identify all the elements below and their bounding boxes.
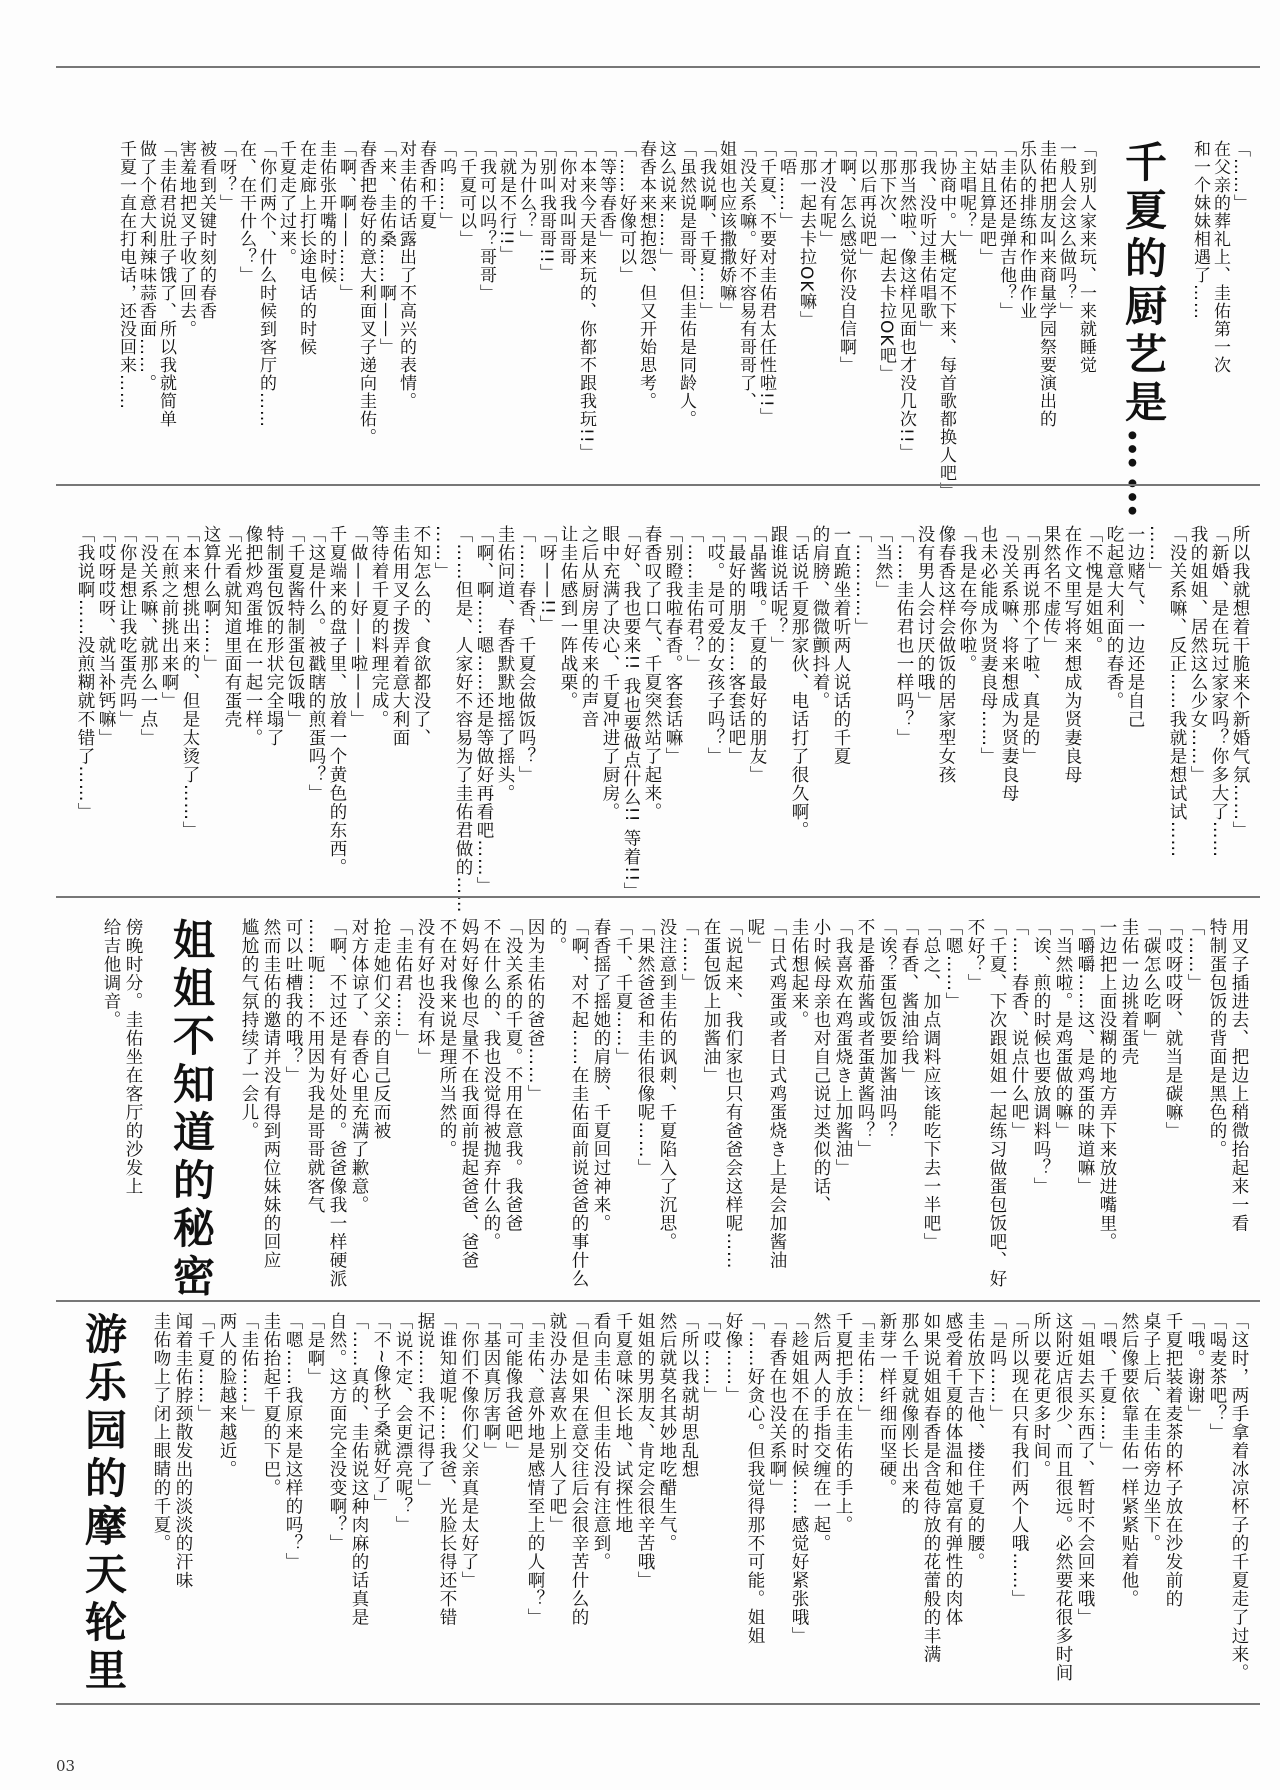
text-line: 像把炒鸡蛋堆在一起一样。 [242,525,263,747]
text-line: 「哎。是可爱的女孩子吗？」 [704,525,725,766]
text-line: 「好、我也要来!! 我也要做点什么!! 等着!!」 [620,525,641,901]
text-line: 「啊、啊……嗯……还是等做好再看吧……」 [473,525,494,895]
text-line: 千夏走了过来。 [276,140,296,266]
text-line: 「诶、煎的时候也要放调料吗？」 [1030,918,1052,1196]
text-line: 「当然」 [872,525,893,599]
section-3: 用叉子插进去、把边上稍微抬起来一看特制蛋包饭的背面是黑色的。「……」「哎呀哎呀、… [60,918,1250,1298]
text-line: 「……春香、说点什么吧」 [1008,918,1030,1140]
text-line: 等待着千夏的料理完成。 [368,525,389,729]
text-line: 「呜……」 [436,140,456,230]
text-line: 「我可以吗？哥哥」 [476,140,496,302]
text-line: 「没关系嘛、将来想成为贤妻良母 [998,525,1019,803]
text-line: 「趁姐姐不在的时候……感觉好紧张哦」 [788,1312,810,1645]
text-line: 新芽一样纤细而坚硬。 [876,1312,898,1497]
text-line: 「千夏、不要对圭佑君太任性啦!!」 [756,140,776,426]
text-line: 可以吐槽我的哦？」 [282,918,304,1085]
text-line: 「别再说那个了啦、真是的」 [1019,525,1040,766]
divider-3 [56,1300,1260,1302]
text-line: 抢走她们父亲的自己反而被 [370,918,392,1140]
text-line: 「千、千夏……」 [612,918,634,1066]
text-line: 「最好的朋友……客套话吧」 [725,525,746,766]
text-line: 「呀——!!」 [536,525,557,634]
text-line: 闻着圭佑脖颈散发出的淡淡的汗味 [172,1312,194,1590]
text-line: 「圭佑……」 [238,1312,260,1423]
text-line: 圭佑把朋友叫来商量学园祭要演出的 [1036,140,1056,428]
text-line: 小时候母亲也对自己说过类似的话、 [810,918,832,1214]
text-line: 圭佑吻上了闭上眼睛的千夏。 [150,1312,172,1553]
text-line: 两人的脸越来越近。 [216,1312,238,1479]
text-line: 「就是不行!!」 [496,140,516,264]
text-line: 不知怎么的、食欲都没了、 [410,525,431,747]
text-line: 「才没有呢」 [816,140,836,248]
text-line: ……呃……不用因为我是哥哥就客气 [304,918,326,1214]
top-divider [56,66,1260,68]
text-line: 「但是如果在意交往后会很辛苦什么的 [568,1312,590,1627]
section-title: 千夏的厨艺是…… [1118,140,1168,524]
text-line: 「喂、千夏……」 [1096,1312,1118,1460]
text-line: 圭佑张开嘴的时候 [316,140,336,284]
text-line: 「哎……」 [700,1312,722,1405]
text-line: 「主唱呢？」 [956,140,976,248]
text-line: 吃起意大利面的春香。 [1103,525,1124,710]
text-line: 「没关系嘛、反正……我就是想试试…… [1166,525,1187,858]
text-line: 「哎呀哎呀、就当补钙嘛」 [95,525,116,747]
text-line: 没有男人会讨厌的哦」 [914,525,935,710]
section-4: 「这时，两手拿着冰凉杯子的千夏走了过来。「喝麦茶吧？」「哦。谢谢」千夏把装着麦茶… [60,1312,1250,1692]
text-line: 「本来想挑出来的、但是太烫了……」 [179,525,200,840]
text-line: 因为圭佑的爸爸……」 [524,918,546,1103]
text-line: 「以后再说吧」 [856,140,876,266]
text-line: 「嚼嚼……这、是鸡蛋的味道嘛」 [1074,918,1096,1196]
section-2: 所以我就想着干脆来个新婚气氛……」「新婚、是在玩过家家吗？你多大了……我的姐姐、… [60,525,1250,885]
text-line: ……」 [1145,525,1166,581]
text-line: 「协商中。大概定不下来、每首歌都换人吧」 [936,140,956,500]
text-line: 「没关系嘛。好不容易有哥哥了、 [736,140,756,410]
text-line: 在、在干什么？」 [236,140,256,284]
divider-2 [56,896,1260,898]
text-line: 自然。这方面完全没变啊？」 [326,1312,348,1553]
text-line: 那么千夏就像刚长出来的 [898,1312,920,1516]
text-line: 一边把上面没糊的地方弄下来放进嘴里。 [1096,918,1118,1251]
text-line: 然后像要依靠圭佑一样紧紧贴着他。 [1118,1312,1140,1608]
text-line: 「没关系的千夏。不用在意我。我爸爸 [502,918,524,1233]
text-line: 在作文里写将来想成为贤妻良母 [1061,525,1082,784]
text-line: 「嗯……」 [942,918,964,1011]
text-line: 一边赌气、一边还是自己 [1124,525,1145,729]
text-line: 圭佑抬起千夏的下巴。 [260,1312,282,1497]
text-line: 跟谁说话呢？」 [767,525,788,655]
text-line: 圭佑一边挑着蛋壳 [1118,918,1140,1066]
text-line: 的。 [546,918,568,955]
text-line: 乐队的排练和作曲作业 [1016,140,1036,320]
text-line: 「……好贪心。但我觉得那不可能。姐姐 [744,1312,766,1645]
text-line: 之后从厨房里传来的声音 [578,525,599,729]
bottom-divider [56,1703,1260,1705]
text-line: 傍晚时分。圭佑坐在客厅的沙发上 [122,918,144,1196]
text-line: 被看到关键时刻的春香 [196,140,216,320]
text-line: 「果然爸爸和圭佑很像呢……」 [634,918,656,1177]
text-line: 这附近店很少、而且很远。必然要花很多时间 [1052,1312,1074,1682]
text-line: 「你是想让我吃蛋壳吗」 [116,525,137,729]
text-line: 「…………」 [851,525,872,636]
text-line: 在蛋包饭上加酱油」 [700,918,722,1085]
text-line: 「呀？」 [216,140,236,212]
text-line: 「哦。谢谢」 [1184,1312,1206,1423]
text-line: 「日式鸡蛋或者日式鸡蛋烧き上是会加酱油 [766,918,788,1270]
section-title: 游乐园的摩天轮里 [78,1312,128,1696]
text-line: 「这时，两手拿着冰凉杯子的千夏走了过来。 [1228,1312,1250,1682]
text-line: 「圭佑还是弹吉他？」 [996,140,1016,320]
text-line: 不是番茄酱或者蛋黄酱吗？」 [854,918,876,1159]
text-line: 「你们不像你们父亲真是太好了」 [458,1312,480,1590]
text-line: 「啊、啊——……」 [336,140,356,302]
text-line: 的肩膀、微微颤抖着。 [809,525,830,710]
text-line: 春香摇了摇她的肩膀、千夏回过神来。 [590,918,612,1233]
text-line: 「别叫我哥哥!!」 [536,140,556,282]
text-line: 「千夏酱特制蛋包饭哦」 [284,525,305,729]
text-line: 「是啊」 [304,1312,326,1386]
text-line: 千夏把手放在圭佑的手上。 [832,1312,854,1534]
text-line: 「可能像我爸吧」 [502,1312,524,1460]
text-line: 「别瞪我啦春香。客套话嘛」 [662,525,683,766]
text-line: 像春香这样会做饭的居家型女孩 [935,525,956,784]
text-line: 「那当然啦、像这样见面也才没几次!!」 [896,140,916,462]
text-line: 圭佑用叉子拨弄着意大利面 [389,525,410,747]
text-line: 一直跪坐着听两人说话的千夏 [830,525,851,766]
text-line: 「来、圭佑桑……啊——」 [376,140,396,356]
text-line: 「哎呀哎呀、就当是碳嘛」 [1162,918,1184,1140]
text-line: 「我是在夸你啦。 [956,525,977,673]
text-line: 对圭佑的话露出了不高兴的表情。 [396,140,416,410]
text-line: 「当然啦。是鸡蛋做的嘛」 [1052,918,1074,1140]
text-line: 然后就莫名其妙地吃醋生气。 [656,1312,678,1553]
text-line: 千夏端来的盘子里、放着一个黄色的东西。 [326,525,347,877]
text-line: 「新婚、是在玩过家家吗？你多大了…… [1208,525,1229,858]
text-line: 「所以我就胡思乱想 [678,1312,700,1479]
text-line: 桌子上后、在圭佑旁边坐下。 [1140,1312,1162,1553]
text-line: 圭佑问道、春香默默地摇了摇头。 [494,525,515,803]
text-line: 在走廊上打长途电话的时候 [296,140,316,356]
text-line: 「你们两个、什么时候到客厅的…… [256,140,276,428]
text-line: 春香叹了口气、千夏突然站了起来。 [641,525,662,821]
text-line: 「喝麦茶吧？」 [1206,1312,1228,1442]
text-line: 不好？」 [964,918,986,992]
text-line: 做了个意大利辣味蒜香面……。 [136,140,156,392]
text-line: 看向圭佑、但圭佑没有注意到。 [590,1312,612,1571]
text-line: 「……圭佑君？」 [683,525,704,673]
text-line: 「不~像秋子桑就好了」 [370,1312,392,1513]
text-line: 「那一起去卡拉OK嘛」 [796,140,816,329]
text-line: 「碳怎么吃啊」 [1140,918,1162,1048]
text-line: 「诶？蛋包饭要加酱油吗？ [876,918,898,1140]
text-line: 在父亲的葬礼上、圭佑第一次 [1210,140,1230,374]
text-line: 我的姐姐、居然这么少女……」 [1187,525,1208,784]
text-line: 这么说来……」 [656,140,676,266]
text-line: 「虽然说是哥哥、但圭佑是同龄人。 [676,140,696,428]
divider-1 [56,484,1260,486]
text-line: 「……春香、千夏会做饭吗？」 [515,525,536,784]
text-line: 不在对我来说是理所当然的。 [436,918,458,1159]
text-line: 「嗯……我原来是这样的吗？」 [282,1312,304,1571]
text-line: 一般人会这么做吗？」 [1056,140,1076,320]
text-line: 「做——好——啦——」 [347,525,368,729]
text-line: 感受着千夏的体温和她富有弹性的肉体 [942,1312,964,1627]
text-line: 「圭佑、意外地是感情至上的人啊？」 [524,1312,546,1627]
text-line: 「这是什么。被戳瞎的煎蛋吗？」 [305,525,326,803]
text-line: 「啊、怎么感觉你没自信啊」 [836,140,856,374]
text-line: 「唔……」 [776,140,796,230]
text-line: 「千夏……」 [194,1312,216,1423]
text-line: 「不愧是姐姐。 [1082,525,1103,655]
text-line: 「姐姐去买东西了、暂时不会回来哦」 [1074,1312,1096,1627]
text-line: 千夏意味深长地、试探性地 [612,1312,634,1534]
text-line: 「千夏、下次跟姐姐一起练习做蛋包饭吧、好 [986,918,1008,1288]
text-line: 「啊、对不起……在圭佑面前说爸爸的事什么 [568,918,590,1288]
text-line: 然后两人的手指交缠在一起。 [810,1312,832,1553]
text-line: 这算什么啊……」 [200,525,221,673]
text-line: 圭佑放下吉他、搂住千夏的腰。 [964,1312,986,1571]
text-line: 「春香、酱油给我」 [898,918,920,1085]
text-line: 圭佑想起来。 [788,918,810,1029]
text-line: 「在煎之前挑出来啊」 [158,525,179,710]
text-line: 千夏把装着麦茶的杯子放在沙发前的 [1162,1312,1184,1608]
page-number: 03 [56,1757,75,1775]
text-line: 「等等春香」 [596,140,616,248]
text-line: 「我、没听过圭佑唱歌」 [916,140,936,338]
text-line: 然而圭佑的邀请并没有得到两位妹妹的回应 [260,918,282,1270]
text-line: 也未必能成为贤妻良母……」 [977,525,998,766]
text-line: 不在什么的、我也没觉得被抛弃什么的。 [480,918,502,1251]
text-line: 「……」 [1184,918,1206,992]
text-line: 「……」 [678,918,700,992]
text-line: 「春香在也没关系啊」 [766,1312,788,1497]
text-line: 「是吗……」 [986,1312,1008,1423]
text-line: 「总之、加点调料应该能吃下去一半吧」 [920,918,942,1251]
text-line: 「……但是、人家好不容易为了圭佑君做的…… [452,525,473,914]
text-line: 「到别人家来玩、一来就睡觉 [1076,140,1096,374]
text-line: 「我说啊……没煎糊就不错了……」 [74,525,95,821]
text-line: 所以我就想着干脆来个新婚气氛……」 [1229,525,1250,840]
text-line: 对方体谅了、春香心里充满了歉意。 [348,918,370,1214]
section-1: 「……」在父亲的葬礼上、圭佑第一次和一个妹妹相遇了……千夏的厨艺是……「到别人家… [60,140,1250,480]
text-line: 「本来今天是来玩的、你都不跟我玩!!」 [576,140,596,462]
text-line: 千夏一直在打电话，还没回来…… [116,140,136,410]
text-line: 据说……我不记得了」 [414,1312,436,1497]
text-line: 春香本来想抱怨、但又开始思考。 [636,140,656,410]
text-line: 「……圭佑君也一样吗？」 [893,525,914,747]
text-line: 「圭佑君说肚子饿了、所以我就简单 [156,140,176,428]
text-line: 眼中充满了决心、千夏冲进了厨房。 [599,525,620,821]
text-line: 「我说啊、千夏……」 [696,140,716,320]
text-line: 所以要花更多时间。 [1030,1312,1052,1479]
text-line: 用叉子插进去、把边上稍微抬起来一看 [1228,918,1250,1233]
text-line: 姐姐也应该撒撒娇嘛」 [716,140,736,320]
text-line: 「为什么？」 [516,140,536,248]
text-line: 春香把卷好的意大利面叉子递向圭佑。 [356,140,376,446]
text-line: 好像……」 [722,1312,744,1405]
text-line: 「晶酱哦。千夏的最好的朋友」 [746,525,767,784]
text-line: 「话说千夏那家伙、电话打了很久啊。 [788,525,809,840]
text-line: 「……真的、圭佑说这种肉麻的话真是 [348,1312,370,1627]
text-line: 「那下次、一起去卡拉OK吧」 [876,140,896,383]
text-line: 给吉他调音。 [100,918,122,1029]
text-line: 「姑且算是吧」 [976,140,996,266]
text-line: 「说不定、会更漂亮呢？」 [392,1312,414,1534]
text-line: 「……好像可以」 [616,140,636,284]
text-line: 果然名不虚传」 [1040,525,1061,655]
text-line: 特制蛋包饭的形状完全塌了 [263,525,284,747]
text-line: 姐姐的男朋友、肯定会很辛苦哦」 [634,1312,656,1590]
text-line: 春香和千夏 [416,140,436,230]
text-line: 「没关系嘛、就那么一点」 [137,525,158,747]
text-line: 没有好也没有坏」 [414,918,436,1066]
text-line: 「你对我叫哥哥 [556,140,576,266]
text-line: 害羞地把叉子收了回去。 [176,140,196,338]
text-line: 和一个妹妹相遇了…… [1190,140,1210,320]
text-line: 「啊、不过还是有好处的。爸爸像我一样硬派 [326,918,348,1288]
text-line: 呢」 [744,918,766,955]
text-line: 「圭佑君……」 [392,918,414,1048]
text-line: 如果说姐姐春香是含苞待放的花蕾般的丰满 [920,1312,942,1664]
text-line: 尴尬的气氛持续了一会儿。 [238,918,260,1140]
text-line: 「……」 [1230,140,1250,212]
text-line: 「所以现在只有我们两个人哦……」 [1008,1312,1030,1608]
text-line: 就没办法喜欢上别人了吧」 [546,1312,568,1534]
text-line: 「基因真厉害啊」 [480,1312,502,1460]
text-line: 让圭佑感到一阵战栗。 [557,525,578,710]
text-line: 「光看就知道里面有蛋壳 [221,525,242,729]
section-title: 姐姐不知道的秘密 [166,918,216,1302]
text-line: 特制蛋包饭的背面是黑色的。 [1206,918,1228,1159]
text-line: 「我喜欢在鸡蛋烧き上加酱油」 [832,918,854,1177]
text-line: 「圭佑……」 [854,1312,876,1423]
text-line: 没注意到圭佑的讽刺、千夏陷入了沉思。 [656,918,678,1251]
text-line: ……」 [431,525,452,581]
text-line: 「说起来、我们家也只有爸爸会这样呢…… [722,918,744,1270]
text-line: 「谁知道呢……我爸、光脸长得还不错 [436,1312,458,1627]
text-line: 妈妈好像也尽量不在我面前提起爸爸、爸爸 [458,918,480,1270]
text-line: 「千夏可以」 [456,140,476,248]
